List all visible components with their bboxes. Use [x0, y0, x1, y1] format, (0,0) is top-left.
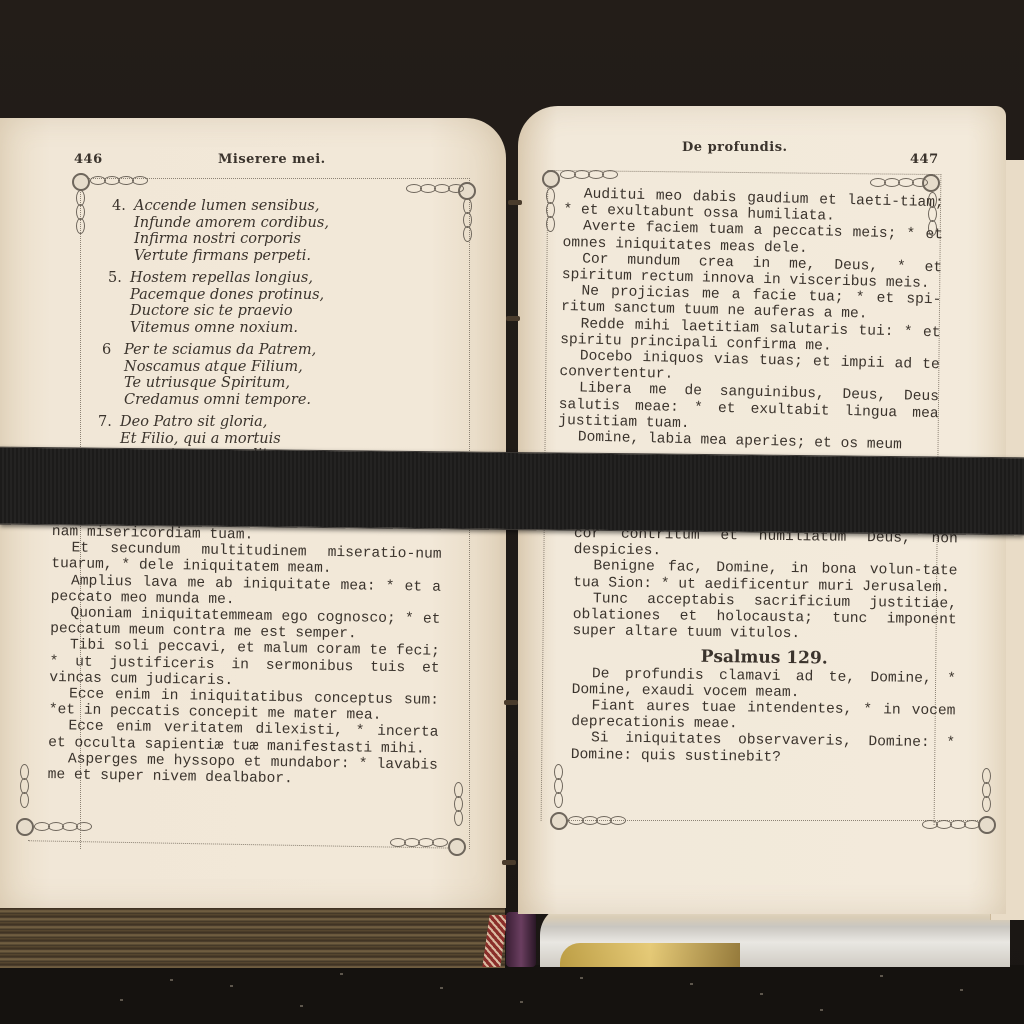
verse-line: Per te sciamus da Patrem,	[124, 342, 316, 358]
verse-line: Te utriusque Spiritum,	[102, 375, 442, 392]
running-head-left: Miserere mei.	[218, 152, 326, 167]
table-speck	[300, 1005, 303, 1007]
ornament-chain-icon	[76, 190, 84, 232]
binding-stitch	[502, 860, 516, 865]
psalm-verse: De profundis clamavi ad te, Domine, * Do…	[572, 666, 956, 704]
right-page-block-edge	[540, 905, 1010, 967]
stanza-number: 4.	[112, 198, 134, 215]
ornament-chain-icon	[454, 782, 462, 824]
table-speck	[340, 973, 343, 975]
table-speck	[230, 985, 233, 987]
psalm-text-right-top: Auditui meo dabis gaudium et laeti-tiam;…	[558, 186, 944, 454]
ornament-chain-icon	[90, 176, 146, 184]
ornament-corner-icon	[448, 838, 466, 856]
page-number-right: 447	[910, 152, 939, 167]
table-speck	[880, 975, 883, 977]
ornament-corner-icon	[16, 818, 34, 836]
bookmark-ribbon-purple	[506, 912, 536, 967]
table-speck	[580, 977, 583, 979]
table-speck	[170, 979, 173, 981]
stanza-number: 5.	[108, 270, 130, 287]
ornament-chain-icon	[922, 820, 978, 828]
ornament-chain-icon	[406, 184, 462, 192]
psalm-verse: Si iniquitates observaveris, Domine: * D…	[571, 730, 955, 768]
table-surface	[0, 965, 1024, 1024]
verse-line: Et Filio, qui a mortuis	[98, 431, 442, 448]
psalm-text-left: nam misericordiam tuam. Et secundum mult…	[47, 524, 441, 790]
psalm-verse: Benigne fac, Domine, in bona volun-tate …	[573, 558, 957, 596]
psalm-verse: Tunc acceptabis sacrificium justitiae, o…	[572, 591, 957, 645]
ornament-chain-icon	[870, 178, 926, 186]
verse-line: Pacemque dones protinus,	[108, 287, 442, 304]
ornament-chain-icon	[20, 764, 28, 806]
ornament-chain-icon	[546, 188, 554, 230]
verse-line: Infunde amorem cordibus,	[112, 215, 442, 232]
stanza-number: 7.	[98, 414, 120, 431]
ornament-chain-icon	[568, 816, 624, 824]
ornament-chain-icon	[982, 768, 990, 810]
psalm-verse: Tibi soli peccavi, et malum coram te fec…	[49, 637, 440, 692]
verse-line: Credamus omni tempore.	[102, 392, 442, 409]
running-head-right: De profundis.	[682, 140, 788, 155]
psalm-text-right-bottom: cor contritum et humiliatum Deus, non de…	[571, 526, 958, 768]
verse-line: Accende lumen sensibus,	[134, 198, 319, 214]
verse-line: Noscamus atque Filium,	[102, 359, 442, 376]
hymn-stanza: 6Per te sciamus da Patrem, Noscamus atqu…	[102, 342, 442, 408]
psalm-verse: Asperges me hyssopo et mundabor: * lavab…	[47, 751, 438, 790]
table-speck	[120, 999, 123, 1001]
ornament-corner-icon	[978, 816, 996, 834]
elastic-band	[0, 447, 1024, 536]
table-speck	[820, 1009, 823, 1011]
table-speck	[960, 989, 963, 991]
ornament-chain-icon	[390, 838, 446, 846]
ornament-chain-icon	[554, 764, 562, 806]
binding-stitch	[508, 200, 522, 205]
gilt-edge	[560, 943, 740, 967]
ornament-corner-icon	[72, 173, 90, 191]
verse-line: Ductore sic te praevio	[108, 303, 442, 320]
verse-line: Infirma nostri corporis	[112, 231, 442, 248]
verse-line: Hostem repellas longius,	[130, 270, 313, 286]
binding-stitch	[506, 316, 520, 321]
ornament-corner-icon	[550, 812, 568, 830]
verse-line: Vitemus omne noxium.	[108, 320, 442, 337]
ornament-chain-icon	[34, 822, 90, 830]
table-speck	[760, 993, 763, 995]
verse-line: Deo Patro sit gloria,	[120, 414, 267, 430]
ornament-corner-icon	[542, 170, 560, 188]
binding-stitch	[504, 700, 518, 705]
stanza-number: 6	[102, 342, 124, 359]
hymn-text: 4.Accende lumen sensibus, Infunde amorem…	[112, 198, 442, 470]
ornament-chain-icon	[560, 170, 616, 178]
psalm-verse: Fiant aures tuae intendentes, * in vocem…	[571, 698, 955, 736]
table-speck	[690, 983, 693, 985]
page-number-left: 446	[74, 152, 103, 167]
hymn-stanza: 5.Hostem repellas longius, Pacemque done…	[108, 270, 442, 336]
table-speck	[520, 1001, 523, 1003]
hymn-stanza: 4.Accende lumen sensibus, Infunde amorem…	[112, 198, 442, 264]
verse-line: Vertute firmans perpeti.	[112, 248, 442, 265]
table-speck	[440, 987, 443, 989]
ornament-chain-icon	[463, 198, 471, 240]
